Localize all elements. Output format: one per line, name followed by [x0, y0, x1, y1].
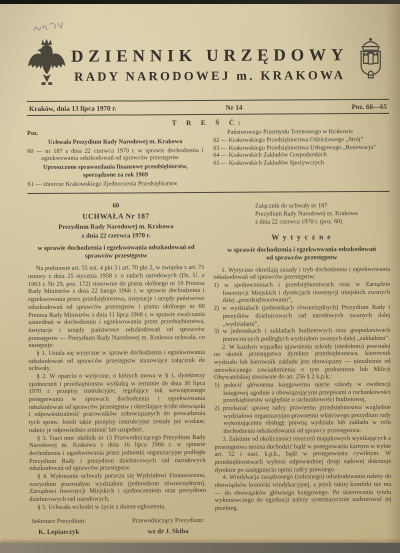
dateline-positions: Poz. 60—65	[352, 102, 387, 110]
resolution-issuer: Prezydium Rady Narodowej m. Krakowa	[28, 223, 205, 232]
secretary-signature: Sekretarz Prezydium: K. Lepiarczyk	[32, 518, 87, 537]
paragraph: 1. Wytyczne określają zasady i tryb doch…	[213, 266, 390, 282]
dateline-issue-number: Nr 14	[226, 103, 243, 111]
guidelines-subject-line2: od sprawców przestępstw	[213, 254, 390, 263]
toc-poz-label: Poz.	[27, 129, 203, 138]
paragraph: § 5. Uchwała wchodzi w życie z dniem ogł…	[29, 503, 206, 512]
annex-line: z dnia 22 czerwca 1970 r. (poz. 60)	[255, 218, 390, 227]
table-of-contents: Poz. Uchwała Prezydium Rady Narodowej m.…	[27, 128, 389, 188]
toc-item-61: 61 — zbiorcze Krakowskiego Zjednoczenia …	[27, 179, 203, 188]
paragraph: 2. W każdym wypadku ujawnienia szkody (n…	[214, 342, 391, 382]
list-item: 1) w zjednoczeniach i przedsiębiorstwach…	[214, 281, 391, 305]
gazette-page: DZIENNIK URZĘDOWY RADY NARODOWEJ m. KRAK…	[0, 0, 400, 553]
toc-item-65: 65 — Krakowskich Zakładów Spożywczych	[213, 159, 389, 168]
toc-right-column: Państwowego Przemysłu Terenowego w Krako…	[213, 128, 389, 187]
resolution-date: z dnia 22 czerwca 1970 r.	[28, 232, 205, 241]
paragraph: § 1. Ustala się wytyczne w sprawie docho…	[28, 349, 205, 373]
secretary-role: Sekretarz Prezydium:	[32, 518, 86, 526]
guidelines-title: W y t y c z n e	[213, 232, 390, 242]
chairman-name: wz dr J. Skiba	[132, 528, 204, 537]
list-item: 1) polecić głównemu księgowemu ujęcie sz…	[214, 381, 391, 405]
paragraph: § 4. Wykonanie uchwały porucza się Wydzi…	[29, 472, 206, 504]
guidelines-subject-line1: w sprawie dochodzenia i egzekwowania ods…	[213, 246, 390, 255]
resolution-column: 60 UCHWAŁA Nr 187 Prezydium Rady Narodow…	[28, 197, 207, 537]
page-content: DZIENNIK URZĘDOWY RADY NARODOWEJ m. KRAK…	[0, 3, 400, 537]
toc-separator-rule	[28, 191, 390, 194]
dateline: Kraków, dnia 13 lipca 1970 r. Nr 14 Poz.…	[27, 99, 389, 116]
gazette-subtitle: RADY NARODOWEJ m. KRAKOWA	[71, 68, 349, 85]
scan-right-shadow	[386, 0, 400, 553]
toc-group2-title: Uproszczone sprawozdania finansowe przed…	[33, 163, 197, 180]
annex-column: Załącznik do uchwały nr 187 Prezydium Ra…	[213, 196, 392, 536]
list-item: 3) w jednostkach i zakładach budżetowych…	[214, 327, 391, 343]
annex-reference: Załącznik do uchwały nr 187 Prezydium Ra…	[255, 202, 390, 227]
secretary-name: K. Lepiarczyk	[32, 528, 86, 537]
signature-row: Sekretarz Prezydium: K. Lepiarczyk Przew…	[30, 517, 207, 537]
paragraph: § 2. W oparciu o wytyczne, o których mow…	[29, 372, 206, 435]
toc-group1-title: Uchwała Prezydium Rady Narodowej m. Krak…	[33, 138, 197, 147]
toc-left-column: Poz. Uchwała Prezydium Rady Narodowej m.…	[27, 129, 203, 188]
paragraph: § 3. Traci moc okólnik nr 13 Przewodnicz…	[29, 434, 206, 474]
paragraph: 3. Zależnie od okoliczności roszczeń maj…	[215, 435, 392, 475]
dateline-place-date: Kraków, dnia 13 lipca 1970 r.	[29, 104, 117, 113]
masthead: DZIENNIK URZĘDOWY RADY NARODOWEJ m. KRAK…	[27, 35, 389, 94]
gazette-title: DZIENNIK URZĘDOWY	[71, 45, 349, 67]
chairman-role: Przewodniczący Prezydium:	[132, 517, 204, 525]
list-item: 2) przekazać sprawę radcy prawnemu przed…	[214, 404, 391, 436]
paragraph: Na podstawie art. 55 ust. 4 pkt 3 i art.…	[28, 264, 205, 350]
toc-heading: T R E Ś Ć:	[27, 118, 389, 128]
paragraph: 4. Windykacja zasądzonego (należnego) od…	[215, 473, 392, 513]
resolution-title: UCHWAŁA Nr 187	[28, 211, 205, 221]
toc-item-60: 60 — nr 187 z dnia 22 czerwca 1970 r. w …	[27, 146, 203, 163]
polish-eagle-icon	[27, 37, 67, 94]
list-item: 2) w wydziałach (jednostkach równorzędny…	[214, 304, 391, 328]
document-body: 60 UCHWAŁA Nr 187 Prezydium Rady Narodow…	[28, 196, 392, 537]
chairman-signature: Przewodniczący Prezydium: wz dr J. Skiba	[132, 517, 204, 536]
krakow-crest-icon	[353, 36, 389, 91]
scan-top-edge	[0, 0, 400, 4]
resolution-subject: w sprawie dochodzenia i egzekwowania ods…	[36, 244, 197, 261]
position-number: 60	[28, 202, 205, 211]
scan-bottom-edge	[0, 543, 400, 553]
masthead-titles: DZIENNIK URZĘDOWY RADY NARODOWEJ m. KRAK…	[67, 45, 353, 85]
